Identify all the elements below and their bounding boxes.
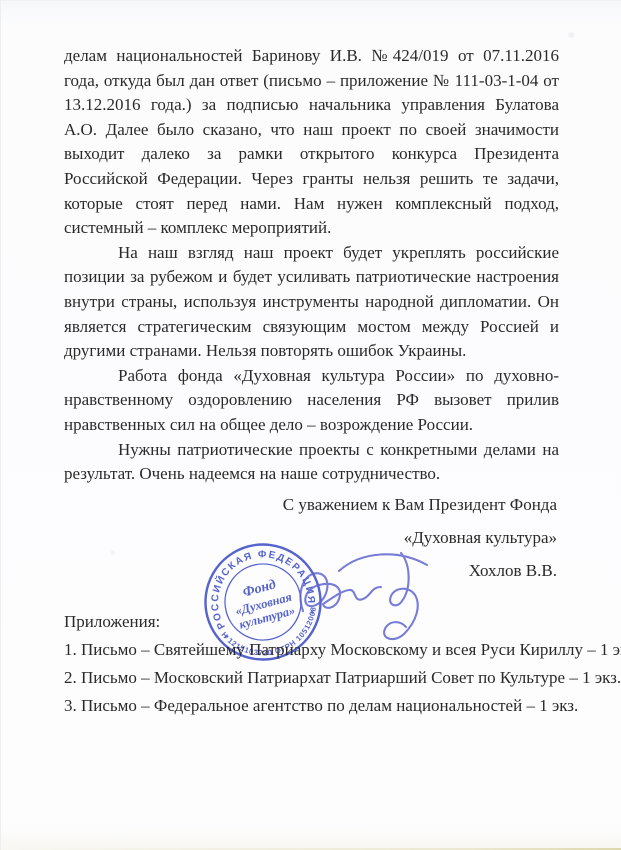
attachment-item: 1. Письмо – Святейшему Патриарху Московс…: [64, 640, 574, 660]
signoff-line-sender: С уважением к Вам Президент Фонда: [283, 495, 557, 515]
signature-loops: [300, 573, 381, 611]
paragraph: Нужны патриотические проекты с конкретны…: [64, 438, 559, 487]
attachments-section: Приложения: 1. Письмо – Святейшему Патри…: [64, 612, 574, 716]
signature-top-flourish: [339, 554, 427, 571]
paragraph: Работа фонда «Духовная культура России» …: [64, 364, 559, 438]
paragraph: На наш взгляд наш проект будет укреплять…: [64, 241, 559, 364]
scanned-letter-page: делам национальностей Баринову И.В. №424…: [0, 0, 621, 850]
paragraph: делам национальностей Баринову И.В. №424…: [64, 44, 559, 241]
letter-body: делам национальностей Баринову И.В. №424…: [64, 44, 559, 487]
attachment-item: 2. Письмо – Московский Патриархат Патриа…: [64, 668, 574, 688]
attachments-heading: Приложения:: [64, 612, 574, 632]
attachment-item: 3. Письмо – Федеральное агентство по дел…: [64, 696, 574, 716]
